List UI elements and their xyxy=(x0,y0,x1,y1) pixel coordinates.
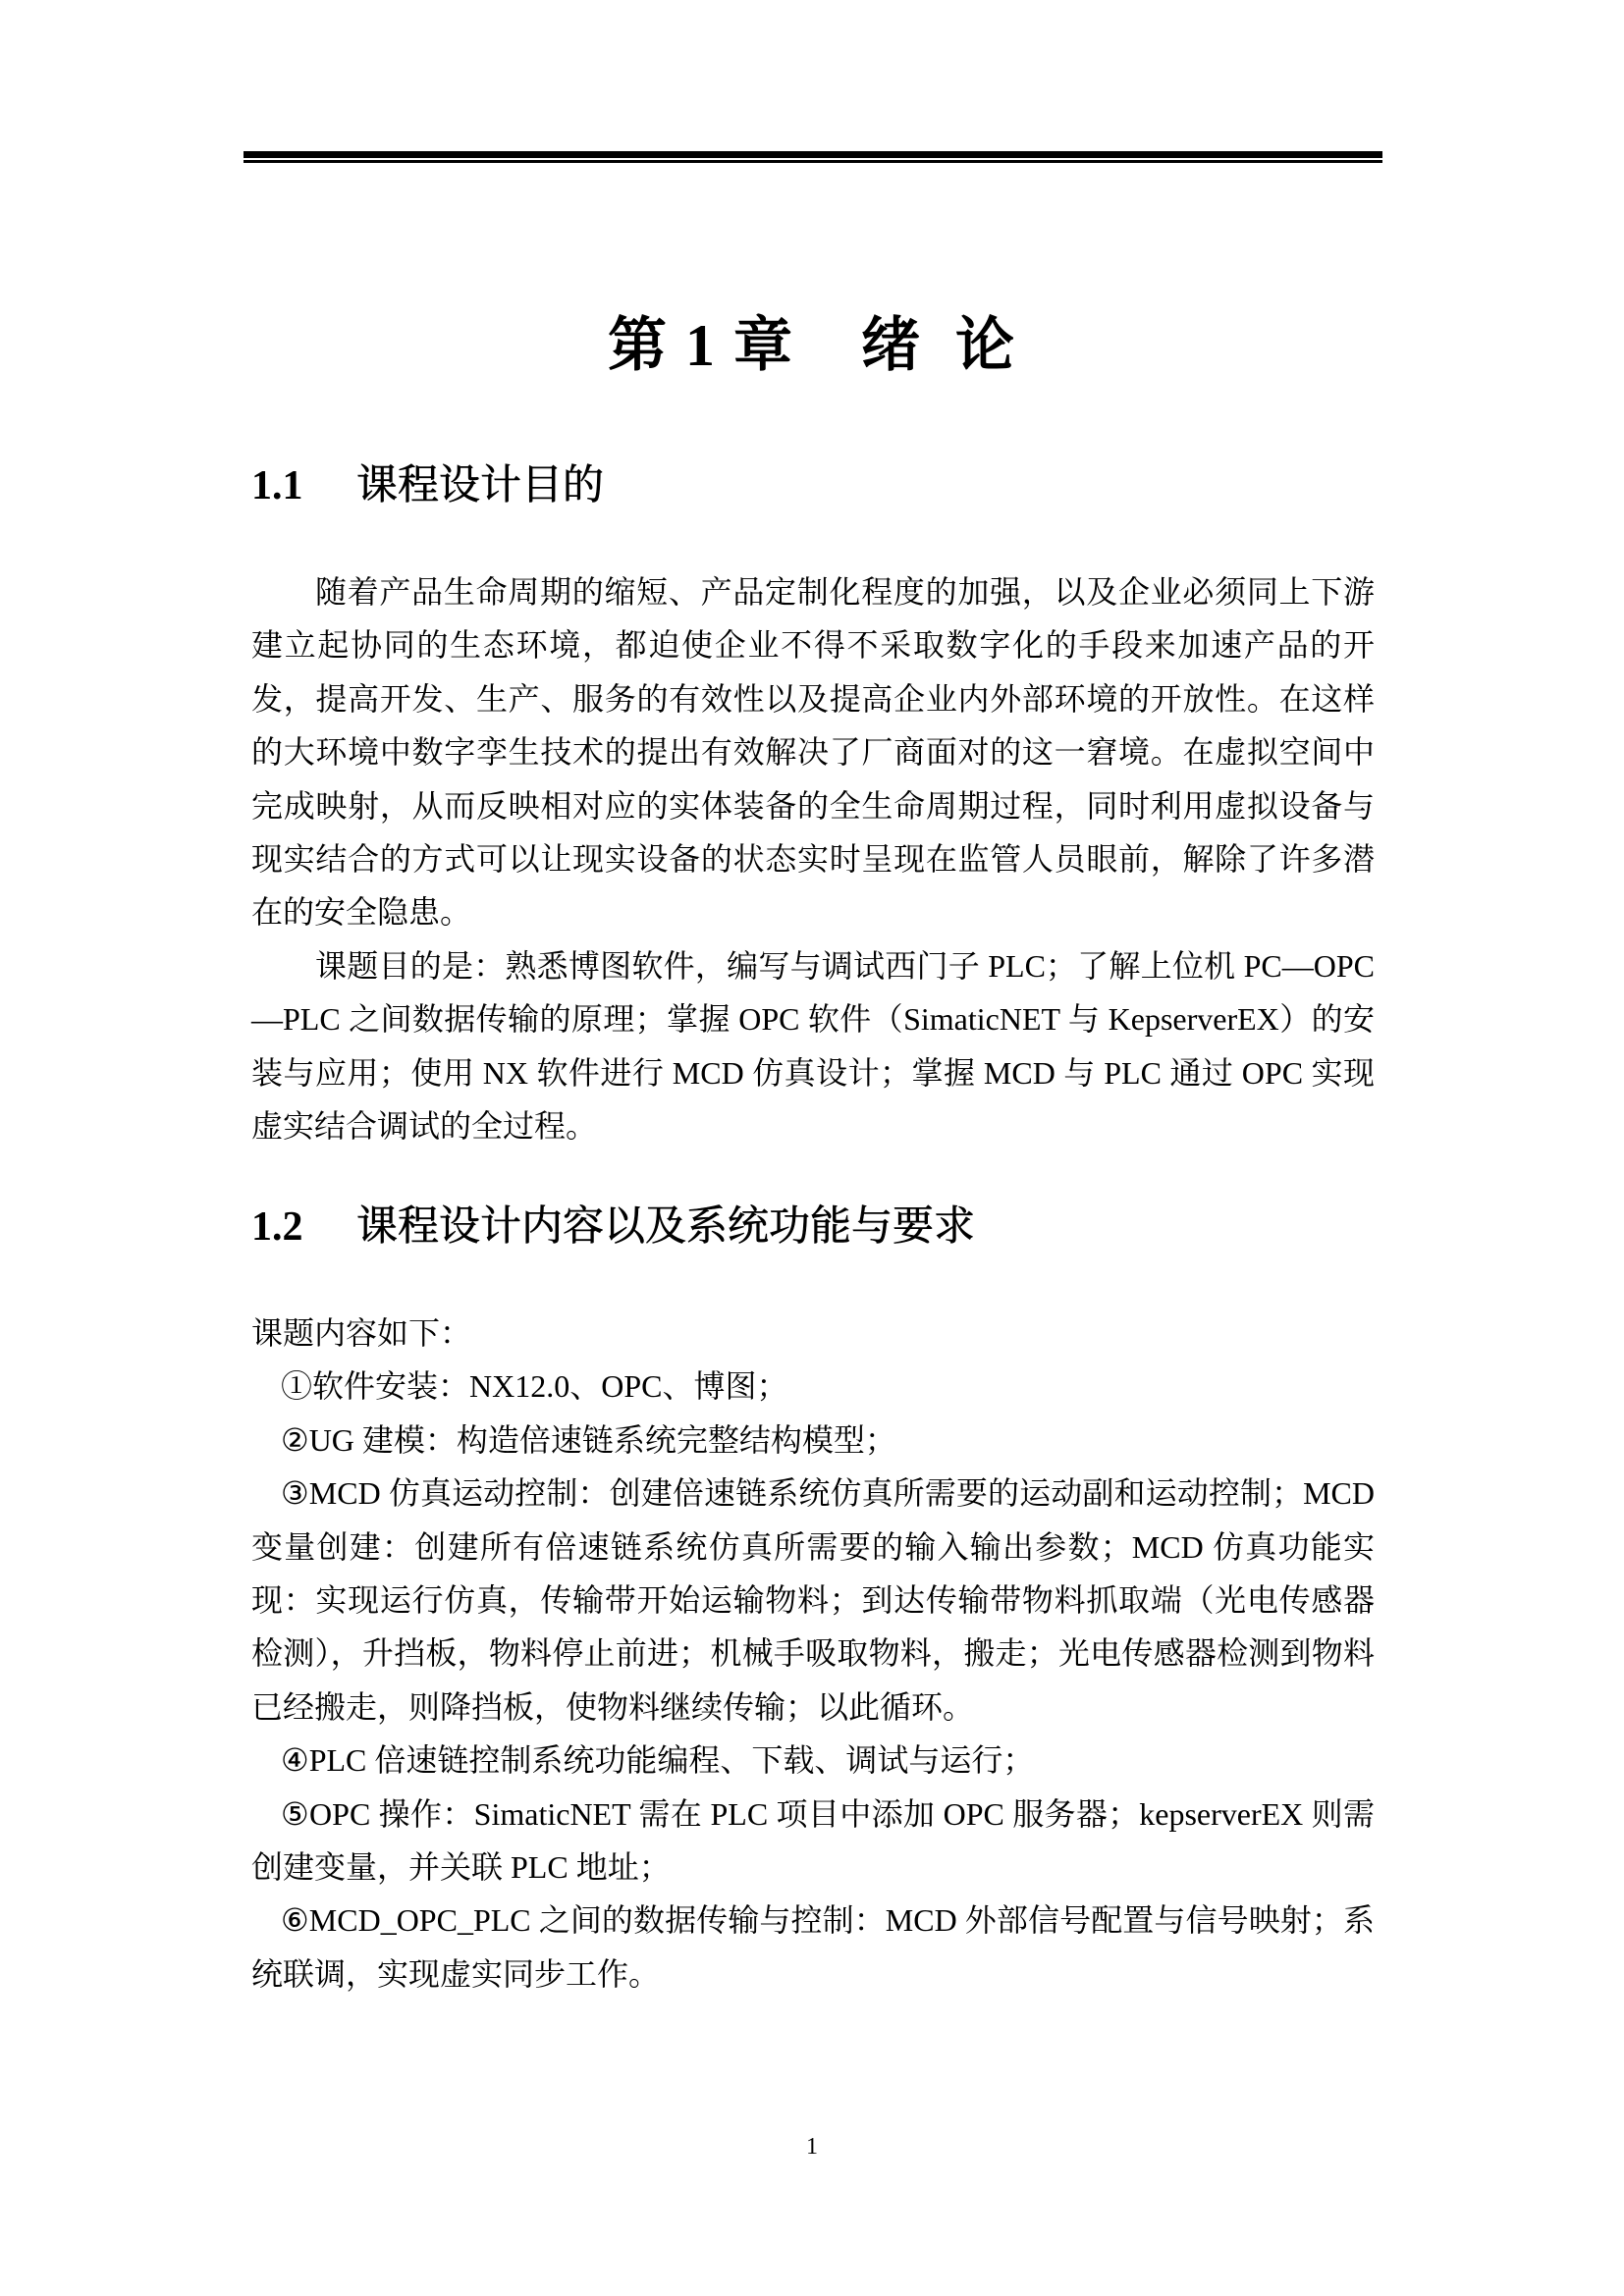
section-title: 课程设计目的 xyxy=(356,463,604,508)
list-item: ③MCD 仿真运动控制：创建倍速链系统仿真所需要的运动副和运动控制；MCD 变量… xyxy=(251,1467,1375,1734)
chapter-title: 第 1 章 绪 论 xyxy=(0,304,1624,387)
section-number: 1.1 xyxy=(251,456,356,515)
section-title: 课程设计内容以及系统功能与要求 xyxy=(356,1204,975,1250)
section-heading-1-2: 1.2课程设计内容以及系统功能与要求 xyxy=(251,1198,975,1256)
content-intro: 课题内容如下： xyxy=(251,1307,1375,1360)
section-number: 1.2 xyxy=(251,1198,356,1256)
list-item: ④PLC 倍速链控制系统功能编程、下载、调试与运行； xyxy=(251,1734,1375,1787)
paragraph: 课题目的是：熟悉博图软件，编写与调试西门子 PLC；了解上位机 PC—OPC—P… xyxy=(251,939,1375,1153)
section-1-1-body: 随着产品生命周期的缩短、产品定制化程度的加强，以及企业必须同上下游建立起协同的生… xyxy=(251,565,1375,1152)
list-item: ⑤OPC 操作：SimaticNET 需在 PLC 项目中添加 OPC 服务器；… xyxy=(251,1788,1375,1895)
section-heading-1-1: 1.1课程设计目的 xyxy=(251,456,604,515)
list-item: ⑥MCD_OPC_PLC 之间的数据传输与控制：MCD 外部信号配置与信号映射；… xyxy=(251,1894,1375,2001)
paragraph: 随着产品生命周期的缩短、产品定制化程度的加强，以及企业必须同上下游建立起协同的生… xyxy=(251,565,1375,939)
page-number: 1 xyxy=(0,2132,1624,2162)
list-item: ②UG 建模：构造倍速链系统完整结构模型； xyxy=(251,1414,1375,1467)
list-item: ①软件安装：NX12.0、OPC、博图； xyxy=(251,1360,1375,1413)
header-rule-thin xyxy=(244,160,1382,163)
header-rule-thick xyxy=(244,151,1382,158)
section-1-2-body: 课题内容如下： ①软件安装：NX12.0、OPC、博图； ②UG 建模：构造倍速… xyxy=(251,1307,1375,2001)
